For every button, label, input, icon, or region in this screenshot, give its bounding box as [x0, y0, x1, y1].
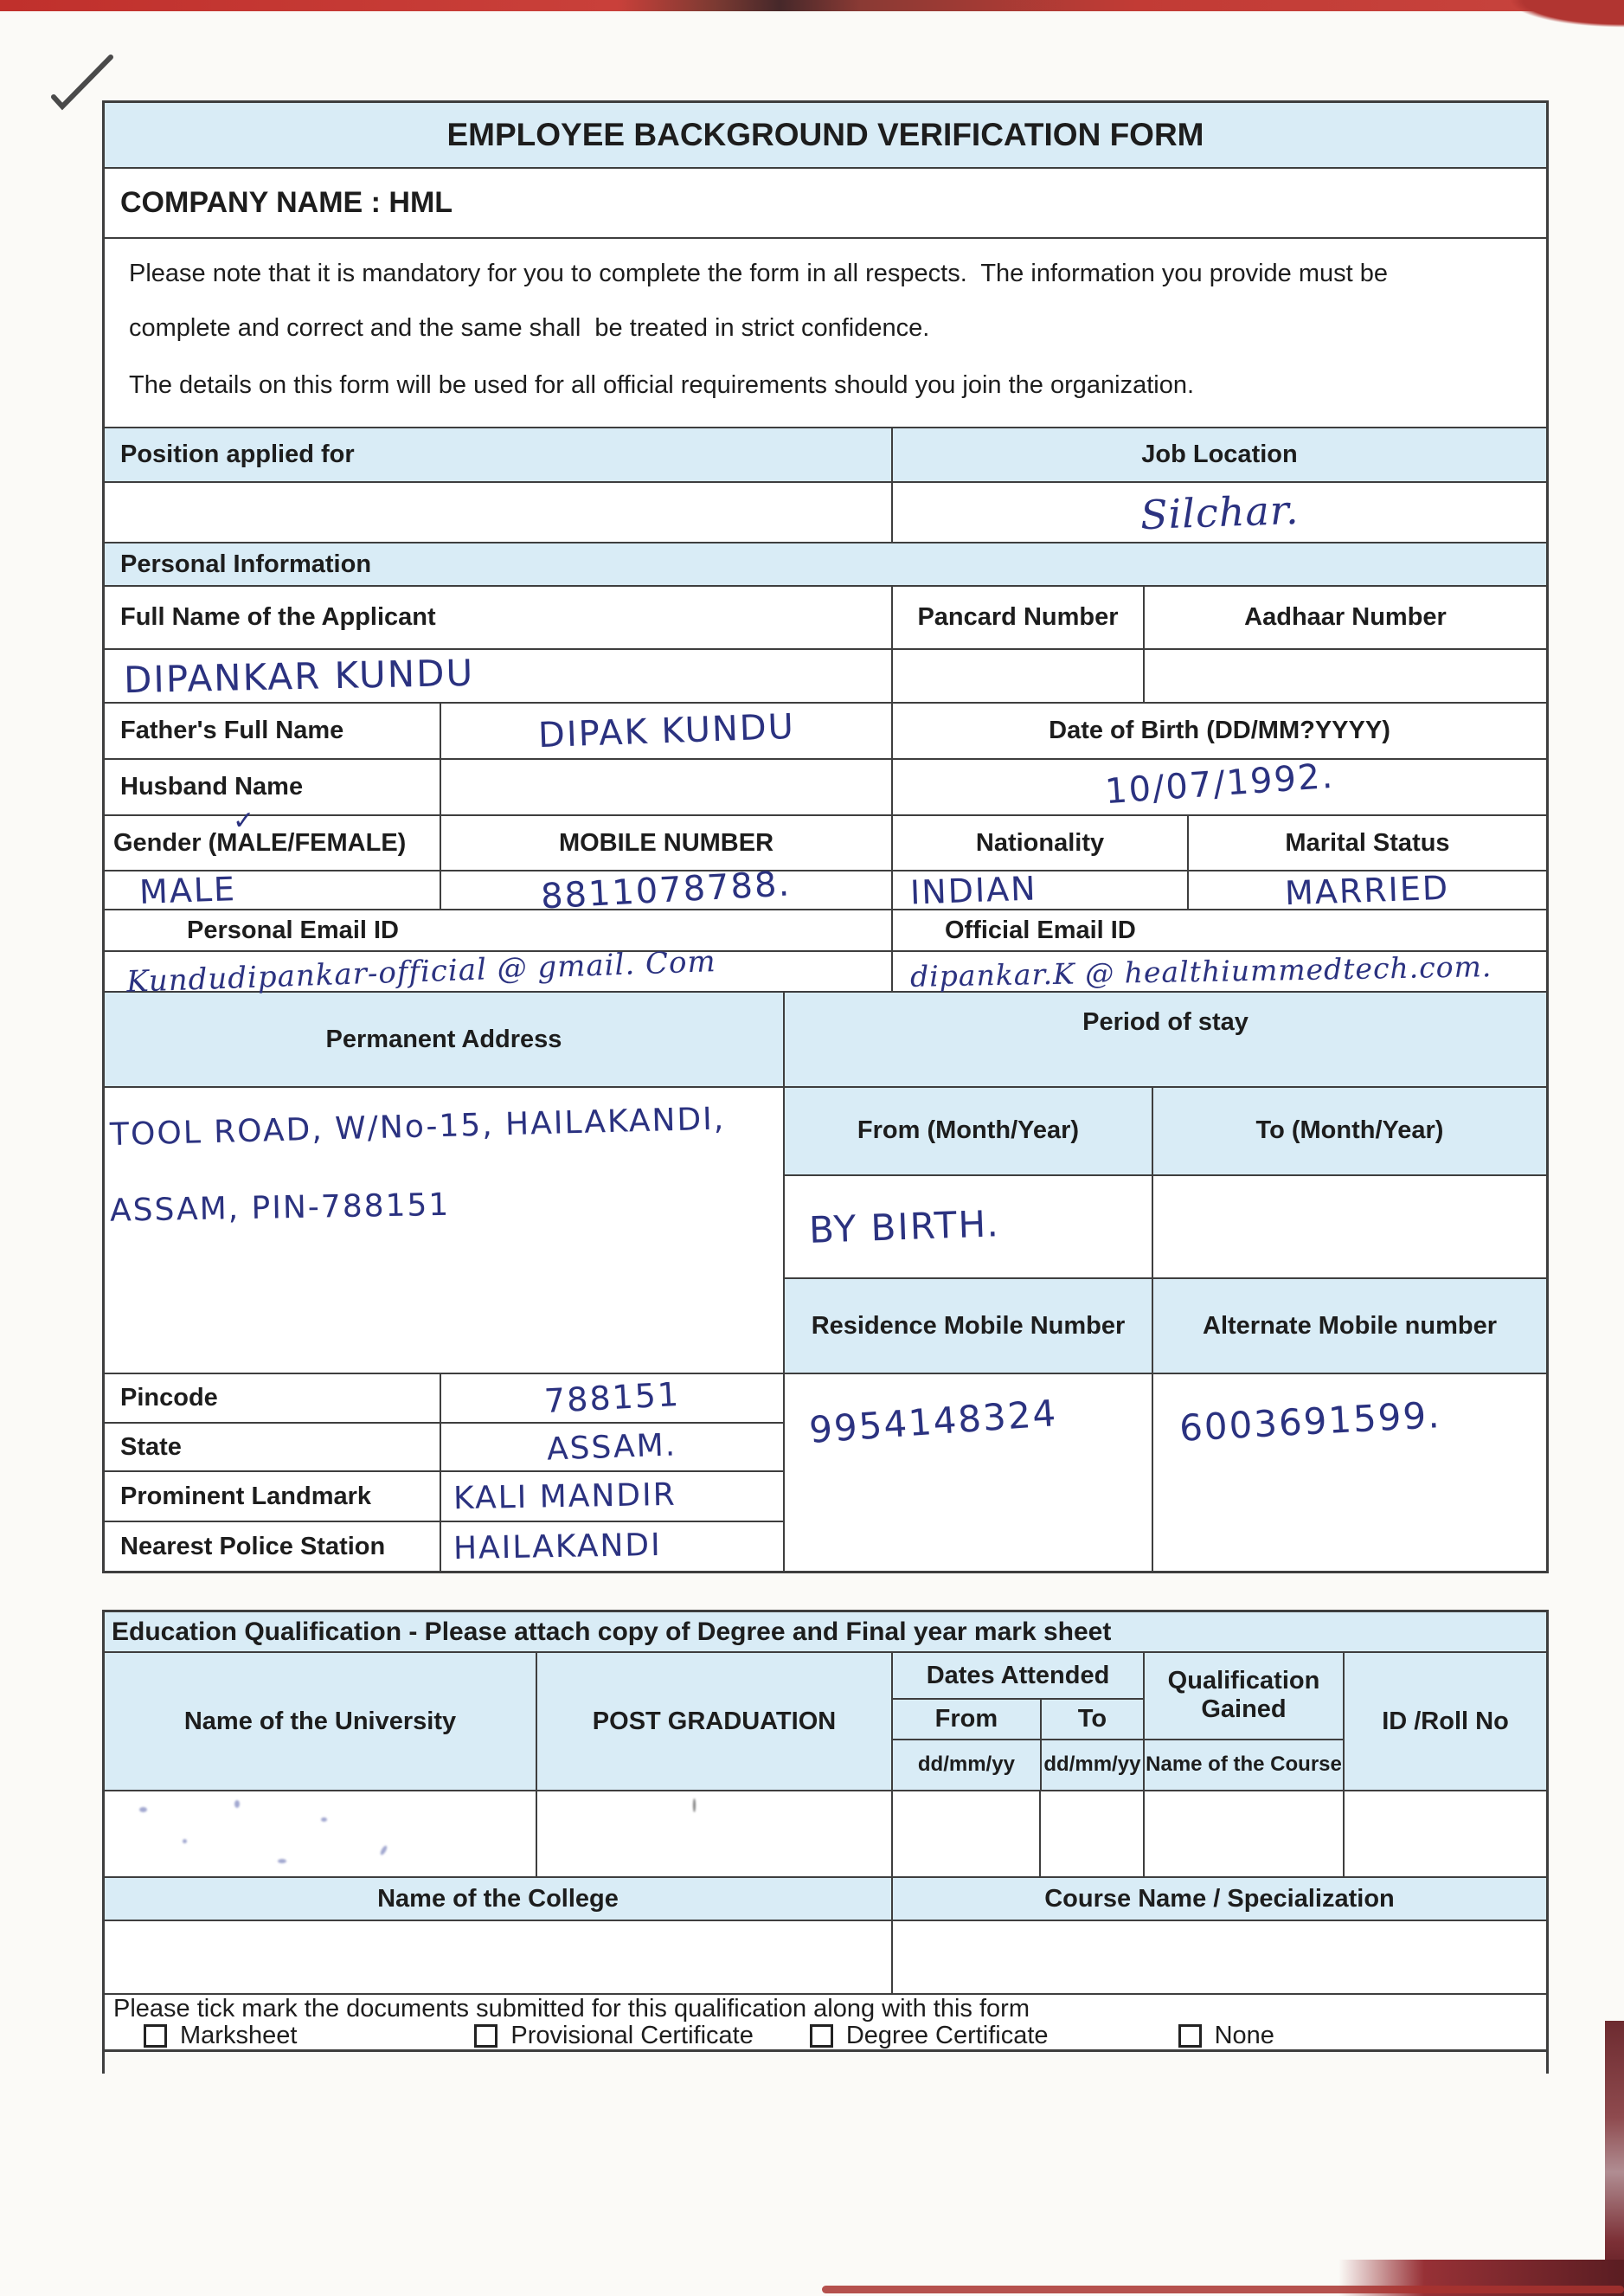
gender-value-row: MALE 8811078788. INDIAN MARRIED: [105, 870, 1546, 909]
degree-checkbox-icon: [810, 2024, 833, 2048]
pincode-row: Pincode 788151: [105, 1373, 783, 1422]
edu-to-label: To: [1040, 1700, 1143, 1738]
alternate-mobile-label: Alternate Mobile number: [1152, 1279, 1546, 1373]
qualification-value: [1143, 1791, 1343, 1876]
police-station-row: Nearest Police Station HAILAKANDI: [105, 1521, 783, 1571]
form-title-band: EMPLOYEE BACKGROUND VERIFICATION FORM: [105, 103, 1546, 167]
gender-label: Gender (MALE/FEMALE) ✓: [105, 816, 440, 870]
education-header-row: Name of the University POST GRADUATION D…: [105, 1651, 1546, 1790]
mobile-label: MOBILE NUMBER: [440, 816, 891, 870]
dob-value: 10/07/1992.: [891, 760, 1546, 814]
stay-to-value: [1152, 1176, 1546, 1278]
checkbox-none: None: [1178, 2022, 1274, 2050]
marksheet-label: Marksheet: [180, 2022, 297, 2050]
fullname-value: DIPANKAR KUNDU: [105, 650, 891, 702]
fullname-label: Full Name of the Applicant: [105, 587, 891, 648]
scanned-form-photo: EMPLOYEE BACKGROUND VERIFICATION FORM CO…: [0, 0, 1624, 2296]
personal-email-value: Kundudipankar-official @ gmail. Com: [105, 952, 891, 991]
period-of-stay-label: Period of stay: [783, 993, 1546, 1086]
personal-info-label: Personal Information: [120, 550, 371, 579]
residence-mobile-value: 9954148324: [785, 1374, 1152, 1571]
education-section-band: Education Qualification - Please attach …: [105, 1612, 1546, 1651]
provisional-checkbox-icon: [474, 2024, 497, 2048]
stay-fromto-values: BY BIRTH.: [785, 1174, 1546, 1278]
state-value: ASSAM.: [440, 1424, 783, 1471]
college-name-label: Name of the College: [105, 1878, 891, 1920]
fullname-value-row: DIPANKAR KUNDU: [105, 648, 1546, 702]
none-checkbox-icon: [1178, 2024, 1202, 2048]
position-applied-value: [105, 483, 891, 542]
checkbox-marksheet: Marksheet: [144, 2022, 297, 2050]
college-name-value: [105, 1921, 891, 1993]
tick-instruction-row: Please tick mark the documents submitted…: [105, 1993, 1546, 2023]
company-name: COMPANY NAME : HML: [120, 186, 453, 220]
pincode-label: Pincode: [105, 1374, 440, 1422]
border-tail-left: [102, 2042, 105, 2074]
dob-label: Date of Birth (DD/MM?YYYY): [891, 704, 1546, 758]
marital-label: Marital Status: [1187, 816, 1546, 870]
personal-email-label: Personal Email ID: [105, 910, 891, 950]
nationality-value: INDIAN: [891, 871, 1187, 909]
mobile-value: 8811078788.: [440, 871, 891, 909]
position-header-row: Position applied for Job Location: [105, 427, 1546, 481]
none-label: None: [1215, 2022, 1274, 2050]
landmark-label: Prominent Landmark: [105, 1472, 440, 1521]
father-label: Father's Full Name: [105, 704, 440, 758]
nationality-label: Nationality: [891, 816, 1187, 870]
husband-value: [440, 760, 891, 814]
stay-from-label: From (Month/Year): [785, 1088, 1152, 1174]
dates-attended-label: Dates Attended: [893, 1653, 1143, 1698]
note-line-2: complete and correct and the same shall …: [105, 314, 1388, 343]
mobile-numbers-header: Residence Mobile Number Alternate Mobile…: [785, 1277, 1546, 1373]
border-tail-right: [1546, 2042, 1549, 2074]
photo-edge-top: [0, 0, 1624, 11]
qualification-gained-label: Qualification Gained: [1145, 1653, 1343, 1739]
stay-from-value: BY BIRTH.: [785, 1176, 1152, 1278]
id-rollno-value: [1343, 1791, 1546, 1876]
job-location-label: Job Location: [891, 428, 1546, 481]
police-station-label: Nearest Police Station: [105, 1522, 440, 1571]
landmark-row: Prominent Landmark KALI MANDIR: [105, 1470, 783, 1521]
official-email-value: dipankar.K @ healthiummedtech.com.: [891, 952, 1546, 991]
email-header-row: Personal Email ID Official Email ID: [105, 909, 1546, 950]
form-title: EMPLOYEE BACKGROUND VERIFICATION FORM: [447, 117, 1204, 153]
personal-info-band: Personal Information: [105, 542, 1546, 585]
id-rollno-label: ID /Roll No: [1343, 1653, 1546, 1790]
aadhaar-value: [1143, 650, 1546, 702]
photo-edge-top-right: [1494, 0, 1624, 31]
edu-from-label: From: [893, 1700, 1040, 1738]
gender-tick-mark: ✓: [233, 806, 256, 836]
gender-value: MALE: [105, 871, 440, 909]
official-email-label: Official Email ID: [891, 910, 1546, 950]
fullname-header-row: Full Name of the Applicant Pancard Numbe…: [105, 585, 1546, 648]
photo-edge-bottom-line: [822, 2286, 1624, 2293]
university-value: [105, 1791, 536, 1876]
tick-instruction: Please tick mark the documents submitted…: [113, 1995, 1030, 2023]
photo-edge-right: [1605, 2021, 1624, 2296]
state-row: State ASSAM.: [105, 1422, 783, 1471]
aadhaar-label: Aadhaar Number: [1143, 587, 1546, 648]
father-value: DIPAK KUNDU: [440, 704, 891, 758]
education-section-label: Education Qualification - Please attach …: [112, 1617, 1111, 1647]
position-applied-label: Position applied for: [105, 428, 891, 481]
husband-label: Husband Name: [105, 760, 440, 814]
provisional-label: Provisional Certificate: [510, 2022, 753, 2050]
address-header-row: Permanent Address Period of stay: [105, 991, 1546, 1086]
husband-row: Husband Name 10/07/1992.: [105, 758, 1546, 814]
permanent-address-value: TOOL ROAD, W/No-15, HAILAKANDI, ASSAM, P…: [105, 1088, 783, 1373]
checkbox-provisional: Provisional Certificate: [474, 2022, 753, 2050]
edu-to-format: dd/mm/yy: [1040, 1740, 1143, 1790]
pancard-label: Pancard Number: [891, 587, 1143, 648]
state-label: State: [105, 1424, 440, 1471]
marksheet-checkbox-icon: [144, 2024, 167, 2048]
college-value-row: [105, 1920, 1546, 1993]
degree-label: Degree Certificate: [846, 2022, 1049, 2050]
position-value-row: Silchar.: [105, 481, 1546, 542]
education-table: Education Qualification - Please attach …: [102, 1610, 1549, 2052]
course-spec-value: [891, 1921, 1546, 1993]
mobile-numbers-values: 9954148324 6003691599.: [785, 1373, 1546, 1571]
edu-to-value: [1039, 1791, 1143, 1876]
note-line-3: The details on this form will be used fo…: [105, 371, 1388, 400]
education-data-row: [105, 1790, 1546, 1876]
residence-mobile-label: Residence Mobile Number: [785, 1279, 1152, 1373]
permanent-address-label: Permanent Address: [105, 993, 783, 1086]
postgrad-value: [536, 1791, 891, 1876]
university-label: Name of the University: [105, 1653, 536, 1790]
landmark-value: KALI MANDIR: [440, 1472, 783, 1521]
marital-value: MARRIED: [1187, 871, 1546, 909]
stay-fromto-header: From (Month/Year) To (Month/Year): [785, 1088, 1546, 1174]
pincode-value: 788151: [440, 1374, 783, 1422]
police-station-value: HAILAKANDI: [440, 1522, 783, 1571]
company-row: COMPANY NAME : HML: [105, 167, 1546, 237]
note-block: Please note that it is mandatory for you…: [105, 237, 1546, 427]
main-form-table: EMPLOYEE BACKGROUND VERIFICATION FORM CO…: [102, 100, 1549, 1573]
email-value-row: Kundudipankar-official @ gmail. Com dipa…: [105, 950, 1546, 991]
checkbox-degree: Degree Certificate: [810, 2022, 1049, 2050]
checkbox-row: Marksheet Provisional Certificate Degree…: [105, 2023, 1546, 2049]
college-header-row: Name of the College Course Name / Specia…: [105, 1876, 1546, 1920]
pancard-value: [891, 650, 1143, 702]
edu-from-value: [891, 1791, 1039, 1876]
note-line-1: Please note that it is mandatory for you…: [105, 260, 1388, 288]
father-row: Father's Full Name DIPAK KUNDU Date of B…: [105, 702, 1546, 758]
address-block: TOOL ROAD, W/No-15, HAILAKANDI, ASSAM, P…: [105, 1086, 1546, 1571]
job-location-value: Silchar.: [891, 483, 1546, 542]
course-spec-label: Course Name / Specialization: [891, 1878, 1546, 1920]
alternate-mobile-value: 6003691599.: [1152, 1374, 1546, 1571]
edu-from-format: dd/mm/yy: [893, 1740, 1040, 1790]
stay-to-label: To (Month/Year): [1152, 1088, 1546, 1174]
course-name-label: Name of the Course: [1145, 1739, 1343, 1790]
gender-header-row: Gender (MALE/FEMALE) ✓ MOBILE NUMBER Nat…: [105, 814, 1546, 870]
postgrad-label: POST GRADUATION: [536, 1653, 891, 1790]
